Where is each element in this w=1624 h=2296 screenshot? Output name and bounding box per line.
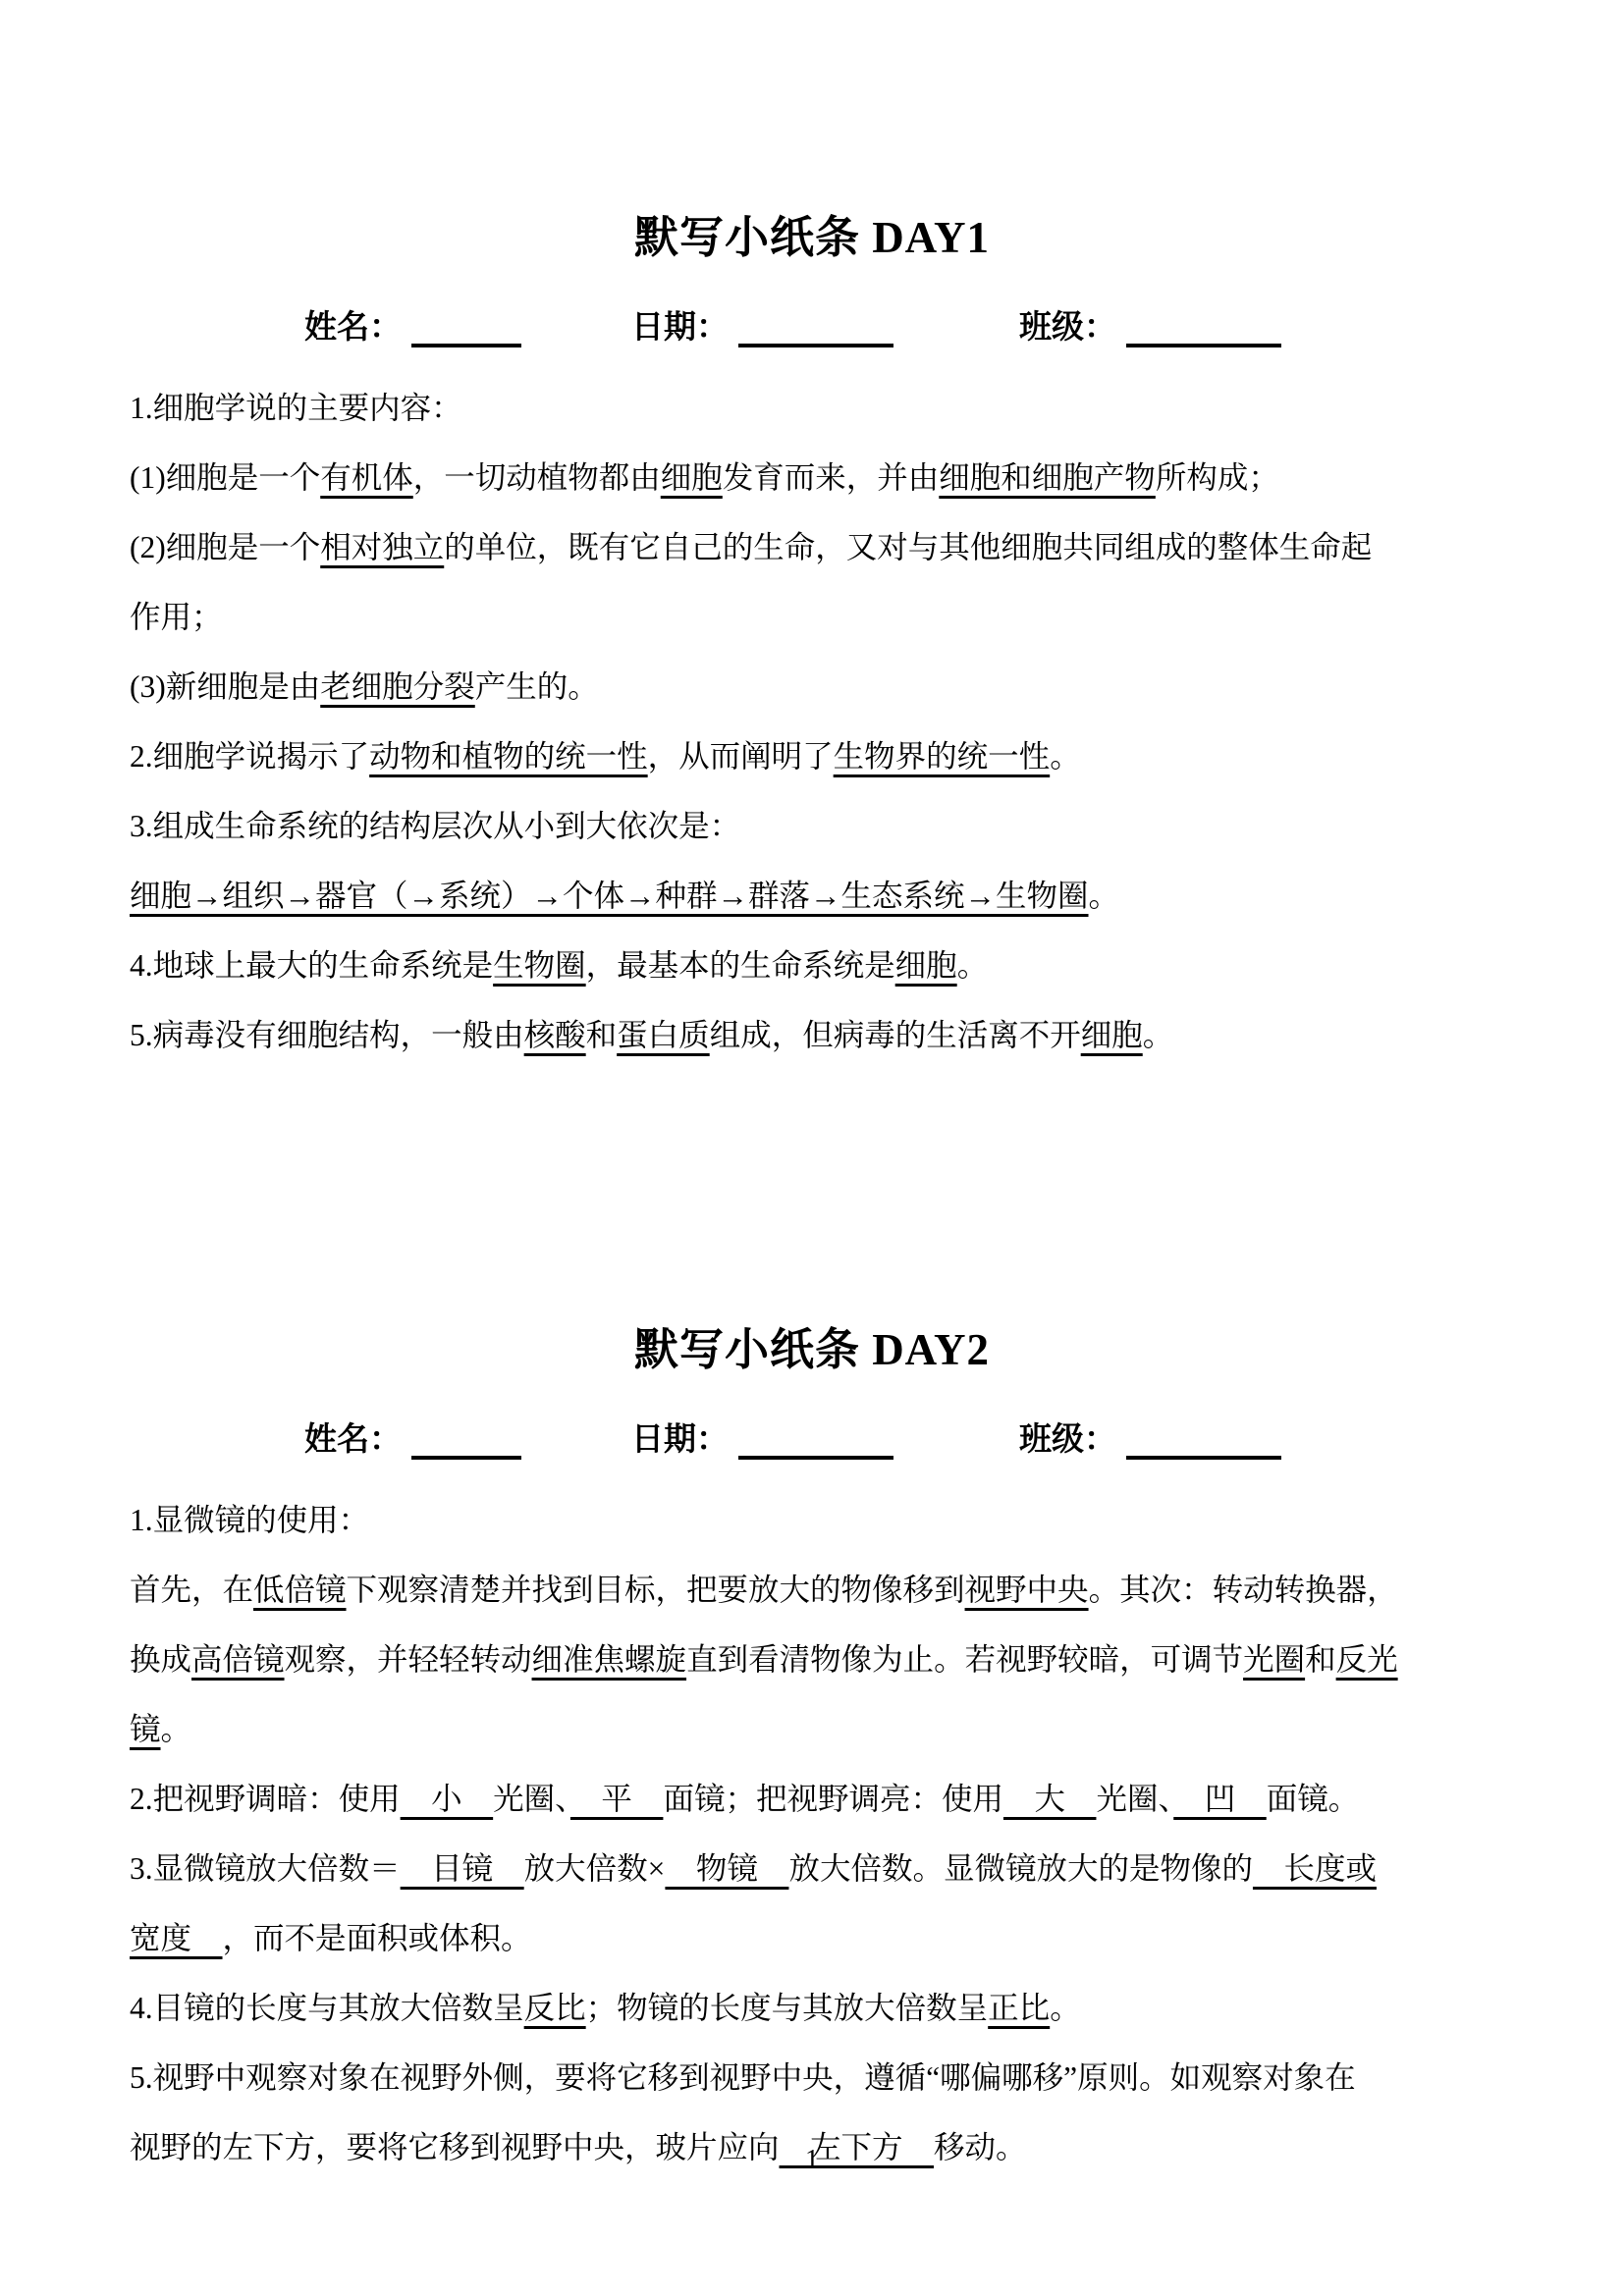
text-line: 4.地球上最大的生命系统是生物圈，最基本的生命系统是细胞。 [130,931,1494,1000]
date-field: 日期： [631,1414,893,1460]
name-field: 姓名： [304,1414,521,1460]
underlined-term: 有机体 [320,460,413,495]
text-run: 2.把视野调暗：使用 [130,1782,401,1816]
text-run: (2)细胞是一个 [130,530,320,564]
text-line: (3)新细胞是由老细胞分裂产生的。 [130,652,1494,721]
underlined-term: 反比 [524,1991,586,2025]
text-run: 作用； [130,600,223,634]
text-run: 放大倍数× [524,1851,666,1886]
text-line: 细胞→组织→器官（→系统）→个体→种群→群落→生态系统→生物圈。 [130,861,1494,931]
text-run: ，最基本的生命系统是 [586,948,895,983]
text-run: 放大倍数。显微镜放大的是物像的 [788,1851,1253,1886]
worksheet-section-day1: 默写小纸条 DAY1 姓名： 日期： 班级： 1.细胞学说的主要内容：(1)细胞… [130,0,1494,1070]
text-run: 3.显微镜放大倍数＝ [130,1851,401,1886]
text-line: 作用； [130,582,1494,652]
date-blank [738,1422,893,1460]
text-run: 的单位，既有它自己的生命，又对与其他细胞共同组成的整体生命起 [444,530,1372,564]
text-run: (3)新细胞是由 [130,669,320,704]
underlined-term: 细胞 [1081,1018,1143,1052]
text-run: 。 [957,948,989,983]
text-run: 所构成； [1156,460,1279,495]
underlined-term: 蛋白质 [617,1018,710,1052]
underlined-term: 细胞 [661,460,723,495]
date-blank [738,310,893,347]
underlined-term: 平 [570,1782,664,1816]
date-label: 日期： [631,301,729,347]
underlined-term: 凹 [1173,1782,1267,1816]
header-row-day2: 姓名： 日期： 班级： [130,1415,1494,1460]
underlined-term: 老细胞分裂 [320,669,475,704]
text-run: 。 [1050,739,1081,774]
text-run: ，一切动植物都由 [413,460,661,495]
text-run: 光圈、 [493,1782,570,1816]
section-body-day2: 1.显微镜的使用：首先，在低倍镜下观察清楚并找到目标，把要放大的物像移到视野中央… [130,1485,1494,2182]
text-run: 观察，并轻轻转动 [285,1642,532,1677]
underlined-term: 核酸 [524,1018,586,1052]
underlined-term: 高倍镜 [191,1642,285,1677]
text-run: 和 [586,1018,618,1052]
text-line: 4.目镜的长度与其放大倍数呈反比；物镜的长度与其放大倍数呈正比。 [130,1973,1494,2043]
text-run: 2.细胞学说揭示了 [130,739,369,774]
text-run: ，从而阐明了 [648,739,834,774]
header-row-day1: 姓名： 日期： 班级： [130,302,1494,347]
underlined-term: 细准焦螺旋 [532,1642,687,1677]
section-body-day1: 1.细胞学说的主要内容：(1)细胞是一个有机体，一切动植物都由细胞发育而来，并由… [130,373,1494,1070]
text-run: 3.组成生命系统的结构层次从小到大依次是： [130,809,740,843]
name-blank [411,1422,521,1460]
text-run: 。 [1089,879,1120,913]
underlined-term: 细胞→组织→器官（→系统）→个体→种群→群落→生态系统→生物圈 [130,879,1089,913]
underlined-term: 物镜 [665,1851,788,1886]
text-run: 1.细胞学说的主要内容： [130,391,462,425]
name-blank [411,310,521,347]
name-label: 姓名： [304,1414,402,1460]
underlined-term: 反光 [1336,1642,1398,1677]
class-label: 班级： [1019,301,1116,347]
section-title-day2: 默写小纸条 DAY2 [130,1313,1494,1377]
text-run: ，而不是面积或体积。 [223,1921,532,1955]
page-number: 1 [0,2145,1624,2176]
section-title-day1: 默写小纸条 DAY1 [130,0,1494,265]
underlined-term: 动物和植物的统一性 [369,739,648,774]
underlined-term: 镜 [130,1712,161,1746]
text-run: 。 [1143,1018,1174,1052]
text-line: (1)细胞是一个有机体，一切动植物都由细胞发育而来，并由细胞和细胞产物所构成； [130,443,1494,512]
text-line: 5.病毒没有细胞结构，一般由核酸和蛋白质组成，但病毒的生活离不开细胞。 [130,1000,1494,1070]
text-line: 2.把视野调暗：使用 小 光圈、 平 面镜；把视野调亮：使用 大 光圈、 凹 面… [130,1764,1494,1834]
text-run: 。 [161,1712,192,1746]
underlined-term: 细胞 [895,948,957,983]
text-run: 发育而来，并由 [723,460,940,495]
text-run: 1.显微镜的使用： [130,1503,369,1537]
text-run: 下观察清楚并找到目标，把要放大的物像移到 [347,1573,965,1607]
text-run: 组成，但病毒的生活离不开 [710,1018,1081,1052]
name-field: 姓名： [304,301,521,347]
text-run: 首先，在 [130,1573,253,1607]
underlined-term: 宽度 [130,1921,223,1955]
text-line: 5.视野中观察对象在视野外侧，要将它移到视野中央，遵循“哪偏哪移”原则。如观察对… [130,2043,1494,2112]
worksheet-page: 默写小纸条 DAY1 姓名： 日期： 班级： 1.细胞学说的主要内容：(1)细胞… [0,0,1624,2296]
text-line: 3.显微镜放大倍数＝ 目镜 放大倍数× 物镜 放大倍数。显微镜放大的是物像的 长… [130,1834,1494,1903]
date-field: 日期： [631,301,893,347]
underlined-term: 生物圈 [493,948,586,983]
class-field: 班级： [1019,1414,1281,1460]
underlined-term: 细胞和细胞产物 [939,460,1156,495]
text-run: 5.视野中观察对象在视野外侧，要将它移到视野中央，遵循“哪偏哪移”原则。如观察对… [130,2060,1356,2095]
text-line: 首先，在低倍镜下观察清楚并找到目标，把要放大的物像移到视野中央。其次：转动转换器… [130,1555,1494,1625]
underlined-term: 生物界的统一性 [834,739,1051,774]
underlined-term: 大 [1003,1782,1097,1816]
underlined-term: 视野中央 [965,1573,1089,1607]
class-blank [1126,310,1281,347]
underlined-term: 低倍镜 [253,1573,347,1607]
text-run: 面镜；把视野调亮：使用 [663,1782,1003,1816]
underlined-term: 长度或 [1253,1851,1377,1886]
class-field: 班级： [1019,301,1281,347]
class-blank [1126,1422,1281,1460]
text-line: 镜。 [130,1694,1494,1764]
text-line: 2.细胞学说揭示了动物和植物的统一性，从而阐明了生物界的统一性。 [130,721,1494,791]
text-run: (1)细胞是一个 [130,460,320,495]
class-label: 班级： [1019,1414,1116,1460]
name-label: 姓名： [304,301,402,347]
text-run: 5.病毒没有细胞结构，一般由 [130,1018,524,1052]
text-line: 1.细胞学说的主要内容： [130,373,1494,443]
underlined-term: 光圈 [1243,1642,1305,1677]
text-run: 产生的。 [475,669,599,704]
text-run: 光圈、 [1096,1782,1173,1816]
text-line: (2)细胞是一个相对独立的单位，既有它自己的生命，又对与其他细胞共同组成的整体生… [130,512,1494,582]
text-run: ；物镜的长度与其放大倍数呈 [586,1991,989,2025]
text-run: 直到看清物像为止。若视野较暗，可调节 [686,1642,1243,1677]
text-run: 4.目镜的长度与其放大倍数呈 [130,1991,524,2025]
underlined-term: 小 [401,1782,494,1816]
text-line: 宽度 ，而不是面积或体积。 [130,1903,1494,1973]
underlined-term: 相对独立 [320,530,444,564]
underlined-term: 目镜 [401,1851,524,1886]
text-run: 面镜。 [1267,1782,1360,1816]
text-run: 。 [1050,1991,1081,2025]
text-line: 3.组成生命系统的结构层次从小到大依次是： [130,791,1494,861]
text-line: 1.显微镜的使用： [130,1485,1494,1555]
text-run: 。其次：转动转换器， [1089,1573,1398,1607]
text-run: 和 [1305,1642,1336,1677]
date-label: 日期： [631,1414,729,1460]
text-run: 换成 [130,1642,191,1677]
text-line: 换成高倍镜观察，并轻轻转动细准焦螺旋直到看清物像为止。若视野较暗，可调节光圈和反… [130,1625,1494,1694]
worksheet-section-day2: 默写小纸条 DAY2 姓名： 日期： 班级： 1.显微镜的使用：首先，在低倍镜下… [130,1313,1494,2182]
text-run: 4.地球上最大的生命系统是 [130,948,493,983]
underlined-term: 正比 [988,1991,1050,2025]
